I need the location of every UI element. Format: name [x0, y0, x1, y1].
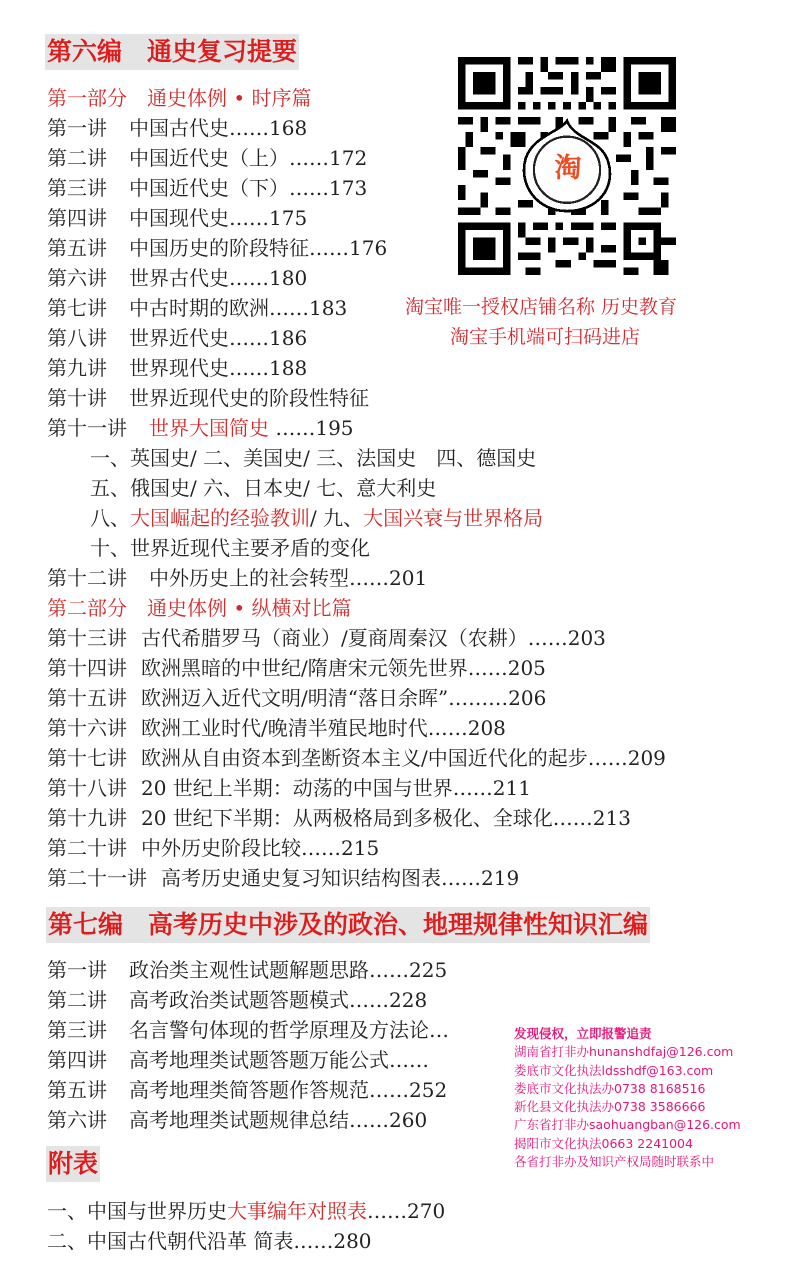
- lecture-title: 欧洲黑暗的中世纪/隋唐宋元领先世界……205: [141, 656, 546, 680]
- lecture-title: 高考政治类试题答题模式……228: [129, 988, 427, 1012]
- lecture-title: 20 世纪下半期：从两极格局到多极化、全球化……213: [141, 806, 631, 830]
- lecture-label: 第十二讲: [47, 566, 127, 590]
- lecture-title: 高考地理类试题规律总结……260: [129, 1108, 427, 1132]
- lecture-label: 第一讲: [47, 116, 107, 140]
- toc-entry[interactable]: 第十四讲欧洲黑暗的中世纪/隋唐宋元领先世界……205: [47, 653, 546, 683]
- section-7-title: 第七编 高考历史中涉及的政治、地理规律性知识汇编: [46, 907, 650, 943]
- toc-entry[interactable]: 第十三讲古代希腊罗马（商业）/夏商周秦汉（农耕）……203: [47, 623, 606, 653]
- lecture-title: 中国历史的阶段特征……176: [129, 236, 387, 260]
- part-1-heading: 第一部分 通史体例 • 时序篇: [47, 83, 312, 113]
- lecture-label: 第十六讲: [47, 716, 127, 740]
- lecture-title: 20 世纪上半期：动荡的中国与世界……211: [141, 776, 531, 800]
- store-caption-line1: 淘宝唯一授权店铺名称 历史教育: [405, 292, 677, 322]
- subitem-text: 八、: [90, 506, 130, 530]
- toc-entry[interactable]: 第四讲中国现代史……175: [47, 203, 307, 233]
- lecture-title: 中国近代史（上）……172: [129, 146, 367, 170]
- toc-entry[interactable]: 第一讲中国古代史……168: [47, 113, 307, 143]
- toc-entry[interactable]: 第五讲中国历史的阶段特征……176: [47, 233, 387, 263]
- lecture-label: 第十七讲: [47, 746, 127, 770]
- toc-entry[interactable]: 第十九讲20 世纪下半期：从两极格局到多极化、全球化……213: [47, 803, 631, 833]
- lecture-label: 第十四讲: [47, 656, 127, 680]
- lecture-label: 第四讲: [47, 1048, 107, 1072]
- toc-entry[interactable]: 第十五讲欧洲迈入近代文明/明清“落日余晖”………206: [47, 683, 546, 713]
- lecture-label: 第六讲: [47, 1108, 107, 1132]
- notice-line: 各省打非办及知识产权局随时联系中: [514, 1153, 741, 1171]
- lecture-title: 欧洲从自由资本到垄断资本主义/中国近代化的起步……209: [141, 746, 666, 770]
- lecture-label: 第十三讲: [47, 626, 127, 650]
- lecture-label: 第十讲: [47, 386, 107, 410]
- lecture-title-highlight: 世界大国简史: [149, 416, 269, 440]
- appendix-item[interactable]: 一、中国与世界历史大事编年对照表……270: [47, 1196, 445, 1226]
- toc-entry[interactable]: 第三讲中国近代史（下）……173: [47, 173, 367, 203]
- subitem-line: 五、俄国史/ 六、日本史/ 七、意大利史: [90, 473, 436, 503]
- toc-entry[interactable]: 第六讲高考地理类试题规律总结……260: [47, 1105, 427, 1135]
- toc-entry[interactable]: 第九讲世界现代史……188: [47, 353, 307, 383]
- lecture-label: 第三讲: [47, 176, 107, 200]
- store-caption-line2: 淘宝手机端可扫码进店: [450, 322, 640, 352]
- lecture-label: 第十一讲: [47, 416, 127, 440]
- lecture-label: 第三讲: [47, 1018, 107, 1042]
- toc-entry[interactable]: 第十八讲20 世纪上半期：动荡的中国与世界……211: [47, 773, 531, 803]
- lecture-title: 中外历史上的社会转型……201: [149, 566, 427, 590]
- toc-entry[interactable]: 第一讲政治类主观性试题解题思路……225: [47, 955, 447, 985]
- lecture-title: 高考地理类简答题作答规范……252: [129, 1078, 447, 1102]
- subitem-text: / 九、: [310, 506, 363, 530]
- toc-entry[interactable]: 第七讲中古时期的欧洲……183: [47, 293, 347, 323]
- toc-entry[interactable]: 第二讲中国近代史（上）……172: [47, 143, 367, 173]
- subitem-highlight: 大国崛起的经验教训: [130, 506, 310, 530]
- toc-entry[interactable]: 第十讲世界近现代史的阶段性特征: [47, 383, 369, 413]
- appendix-item[interactable]: 二、中国古代朝代沿革 简表……280: [47, 1226, 372, 1256]
- notice-line: 广东省打非办saohuangban@126.com: [514, 1116, 741, 1134]
- lecture-title: 名言警句体现的哲学原理及方法论…: [129, 1018, 449, 1042]
- lecture-title: 世界近现代史的阶段性特征: [129, 386, 369, 410]
- toc-entry[interactable]: 第二讲高考政治类试题答题模式……228: [47, 985, 427, 1015]
- toc-entry[interactable]: 第五讲高考地理类简答题作答规范……252: [47, 1075, 447, 1105]
- lecture-title: 欧洲迈入近代文明/明清“落日余晖”………206: [141, 686, 546, 710]
- lecture-title: 古代希腊罗马（商业）/夏商周秦汉（农耕）……203: [141, 626, 606, 650]
- part-2-heading: 第二部分 通史体例 • 纵横对比篇: [47, 593, 352, 623]
- appendix-page: ……270: [367, 1199, 445, 1223]
- lecture-label: 第五讲: [47, 236, 107, 260]
- toc-entry[interactable]: 第十七讲欧洲从自由资本到垄断资本主义/中国近代化的起步……209: [47, 743, 666, 773]
- lecture-title: 高考地理类试题答题万能公式……: [129, 1048, 429, 1072]
- lecture-title: 世界古代史……180: [129, 266, 307, 290]
- lecture-title: 欧洲工业时代/晚清半殖民地时代……208: [141, 716, 506, 740]
- lecture-title: 中古时期的欧洲……183: [129, 296, 347, 320]
- toc-entry[interactable]: 第四讲高考地理类试题答题万能公式……: [47, 1045, 429, 1075]
- anti-piracy-notice: 发现侵权，立即报警追责 湖南省打非办hunanshdfaj@126.com 娄底…: [514, 1025, 741, 1171]
- appendix-highlight: 大事编年对照表: [227, 1199, 367, 1223]
- toc-entry[interactable]: 第十二讲中外历史上的社会转型……201: [47, 563, 427, 593]
- lecture-label: 第七讲: [47, 296, 107, 320]
- appendix-title: 附表: [46, 1146, 100, 1182]
- toc-entry[interactable]: 第二十一讲高考历史通史复习知识结构图表……219: [47, 863, 519, 893]
- notice-line: 新化县文化执法办0738 3586666: [514, 1098, 741, 1116]
- lecture-title: 中外历史阶段比较……215: [141, 836, 379, 860]
- lecture-title: 中国近代史（下）……173: [129, 176, 367, 200]
- notice-line: 娄底市文化执法ldsshdf@163.com: [514, 1062, 741, 1080]
- notice-line: 湖南省打非办hunanshdfaj@126.com: [514, 1043, 741, 1061]
- lecture-page: ……195: [269, 416, 354, 440]
- subitem-line: 一、英国史/ 二、美国史/ 三、法国史 四、德国史: [90, 443, 536, 473]
- lecture-label: 第十五讲: [47, 686, 127, 710]
- lecture-label: 第二讲: [47, 988, 107, 1012]
- lecture-title: 中国现代史……175: [129, 206, 307, 230]
- lecture-title: 中国古代史……168: [129, 116, 307, 140]
- toc-entry-lecture-11[interactable]: 第十一讲世界大国简史 ……195: [47, 413, 354, 443]
- toc-entry[interactable]: 第十六讲欧洲工业时代/晚清半殖民地时代……208: [47, 713, 506, 743]
- lecture-title: 政治类主观性试题解题思路……225: [129, 958, 447, 982]
- subitem-line: 十、世界近现代主要矛盾的变化: [90, 533, 370, 563]
- toc-entry[interactable]: 第六讲世界古代史……180: [47, 263, 307, 293]
- lecture-label: 第十八讲: [47, 776, 127, 800]
- notice-line: 发现侵权，立即报警追责: [514, 1025, 741, 1043]
- lecture-title: 世界现代史……188: [129, 356, 307, 380]
- lecture-title: 高考历史通史复习知识结构图表……219: [161, 866, 519, 890]
- appendix-text: 一、中国与世界历史: [47, 1199, 227, 1223]
- toc-entry[interactable]: 第八讲世界近代史……186: [47, 323, 307, 353]
- section-6-title: 第六编 通史复习提要: [45, 34, 299, 70]
- toc-entry[interactable]: 第二十讲中外历史阶段比较……215: [47, 833, 379, 863]
- lecture-label: 第二十一讲: [47, 866, 147, 890]
- toc-entry[interactable]: 第三讲名言警句体现的哲学原理及方法论…: [47, 1015, 449, 1045]
- subitem-highlight: 大国兴衰与世界格局: [363, 506, 543, 530]
- lecture-label: 第九讲: [47, 356, 107, 380]
- notice-line: 揭阳市文化执法0663 2241004: [514, 1135, 741, 1153]
- lecture-label: 第五讲: [47, 1078, 107, 1102]
- lecture-title: 世界近代史……186: [129, 326, 307, 350]
- lecture-label: 第四讲: [47, 206, 107, 230]
- lecture-label: 第一讲: [47, 958, 107, 982]
- taobao-badge-icon: 淘: [549, 152, 587, 186]
- subitem-line: 八、大国崛起的经验教训/ 九、大国兴衰与世界格局: [90, 503, 543, 533]
- lecture-label: 第二十讲: [47, 836, 127, 860]
- notice-line: 娄底市文化执法办0738 8168516: [514, 1080, 741, 1098]
- lecture-label: 第八讲: [47, 326, 107, 350]
- lecture-label: 第二讲: [47, 146, 107, 170]
- lecture-label: 第六讲: [47, 266, 107, 290]
- lecture-label: 第十九讲: [47, 806, 127, 830]
